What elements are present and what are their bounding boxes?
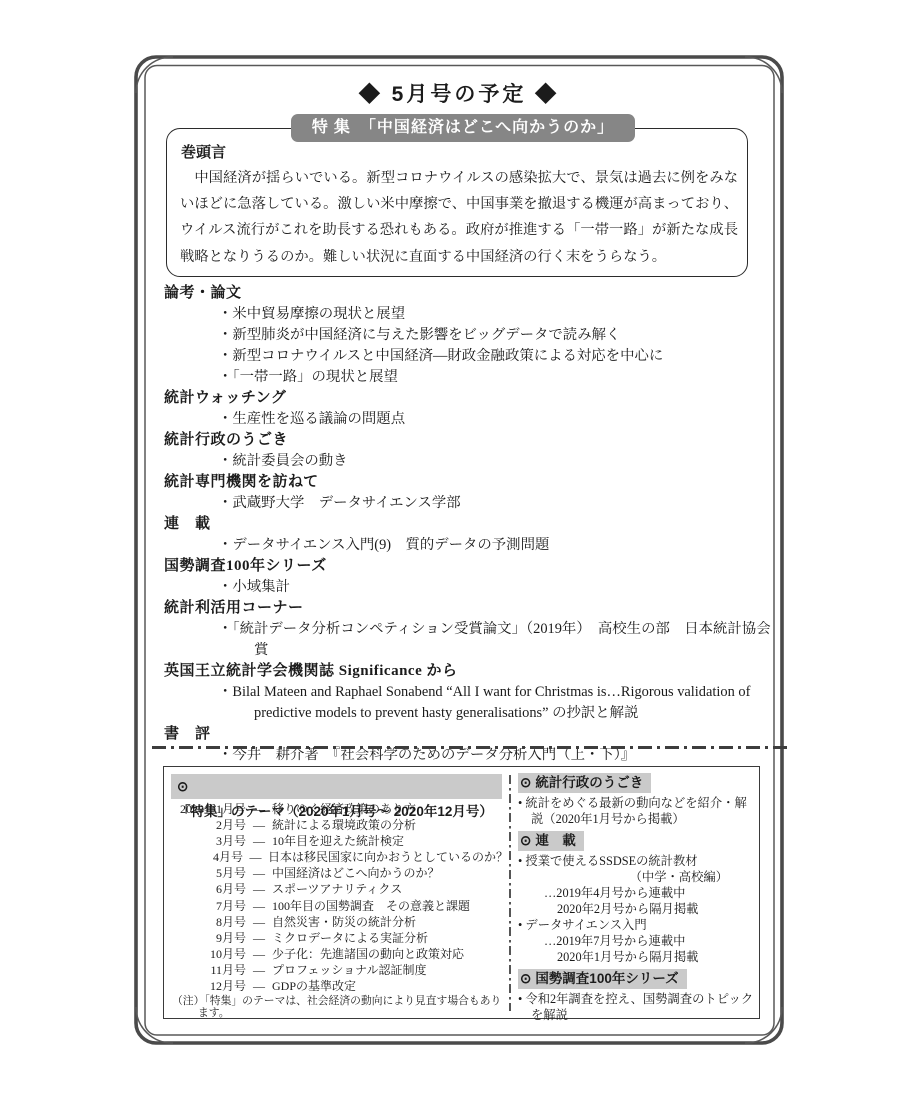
right-section: ⊙連 載• 授業で使えるSSDSEの統計教材（中学・高校編）…2019年4月号か… [518, 831, 756, 965]
schedule-month: 2020年1月号 [170, 801, 246, 817]
circled-dot-icon: ⊙ [520, 775, 531, 790]
schedule-title: 少子化：先進諸国の動向と政策対応 [272, 946, 508, 962]
column-divider [509, 775, 511, 1011]
circled-dot-icon: ⊙ [177, 779, 188, 794]
dash-separator: — [246, 817, 272, 833]
dash-separator: — [246, 930, 272, 946]
dash-separator: — [246, 946, 272, 962]
right-section-item: • 授業で使えるSSDSEの統計教材 [518, 853, 756, 869]
section-item: ・「統計データ分析コンペティション受賞論文」（2019年） 高校生の部 日本統計… [164, 619, 778, 661]
contents-list: 論考・論文・米中貿易摩擦の現状と展望・新型肺炎が中国経済に与えた影響をビッグデー… [164, 283, 778, 766]
section-item: ・データサイエンス入門(9) 質的データの予測問題 [164, 535, 778, 556]
right-section-subline: 2020年2月号から隔月掲載 [518, 901, 756, 917]
schedule-title: 中国経済はどこへ向かうのか？ [272, 865, 508, 881]
section-heading: 統計利活用コーナー [164, 598, 778, 619]
contents-section: 連 載・データサイエンス入門(9) 質的データの予測問題 [164, 514, 778, 556]
schedule-title: プロフェッショナル認証制度 [272, 962, 508, 978]
section-heading: 論考・論文 [164, 283, 778, 304]
schedule-title: 100年目の国勢調査 その意義と課題 [272, 898, 508, 914]
schedule-month: 6月号 [170, 881, 246, 897]
schedule-month: 10月号 [170, 946, 246, 962]
schedule-title: ミクロデータによる実証分析 [272, 930, 508, 946]
schedule-header: ⊙「特集」のテーマ（2020年1月号～ 2020年12月号） [171, 774, 502, 799]
schedule-row: 9月号—ミクロデータによる実証分析 [170, 930, 508, 946]
section-heading: 統計専門機関を訪ねて [164, 472, 778, 493]
dash-separator: — [246, 962, 272, 978]
dash-separator: — [246, 978, 272, 994]
schedule-title: 移りゆく経済政策のあり方 [272, 801, 508, 817]
dash-separator: — [246, 865, 272, 881]
schedule-rows: 2020年1月号—移りゆく経済政策のあり方2月号—統計による環境政策の分析3月号… [170, 801, 508, 994]
contents-section: 英国王立統計学会機関誌 Significance から・Bilal Mateen… [164, 661, 778, 724]
section-heading: 書 評 [164, 724, 778, 745]
page-title: ◆ 5月号の予定 ◆ [136, 78, 782, 108]
section-heading: 統計ウォッチング [164, 388, 778, 409]
right-section-subline: （中学・高校編） [518, 869, 756, 885]
right-section: ⊙統計行政のうごき• 統計をめぐる最新の動向などを紹介・解説（2020年1月号か… [518, 773, 756, 827]
schedule-title: 自然災害・防災の統計分析 [272, 914, 508, 930]
schedule-row: 6月号—スポーツアナリティクス [170, 881, 508, 897]
dash-separator: — [246, 881, 272, 897]
right-column: ⊙統計行政のうごき• 統計をめぐる最新の動向などを紹介・解説（2020年1月号か… [518, 773, 756, 1027]
schedule-title: スポーツアナリティクス [272, 881, 508, 897]
dash-dot-divider [152, 746, 788, 749]
bullet-icon: • [518, 918, 525, 932]
schedule-row: 7月号—100年目の国勢調査 その意義と課題 [170, 898, 508, 914]
schedule-row: 5月号—中国経済はどこへ向かうのか？ [170, 865, 508, 881]
dash-separator: — [246, 801, 272, 817]
section-item: ・小域集計 [164, 577, 778, 598]
section-item: ・統計委員会の動き [164, 451, 778, 472]
bullet-icon: • [518, 796, 525, 810]
right-section-header: ⊙国勢調査100年シリーズ [518, 969, 687, 989]
right-section-header-label: 国勢調査100年シリーズ [535, 971, 678, 986]
contents-section: 統計行政のうごき・統計委員会の動き [164, 430, 778, 472]
right-section-item: • データサイエンス入門 [518, 917, 756, 933]
right-section-header-label: 統計行政のうごき [535, 775, 643, 790]
contents-section: 統計ウォッチング・生産性を巡る議論の問題点 [164, 388, 778, 430]
foreword-heading: 巻頭言 [181, 141, 226, 162]
section-item: ・Bilal Mateen and Raphael Sonabend “All … [164, 682, 778, 724]
schedule-row: 12月号—GDPの基準改定 [170, 978, 508, 994]
schedule-title: 統計による環境政策の分析 [272, 817, 508, 833]
foreword-box: 巻頭言 中国経済が揺らいでいる。新型コロナウイルスの感染拡大で、景気は過去に例を… [166, 128, 748, 277]
section-item: ・米中貿易摩擦の現状と展望 [164, 304, 778, 325]
right-section-subline: 2020年1月号から隔月掲載 [518, 949, 756, 965]
right-section-subline: …2019年4月号から連載中 [518, 885, 756, 901]
schedule-month: 5月号 [170, 865, 246, 881]
contents-section: 国勢調査100年シリーズ・小域集計 [164, 556, 778, 598]
magazine-preview-page: { "page": { "title": "◆ 5月号の予定 ◆", "feat… [0, 0, 920, 1104]
schedule-month: 4月号 [170, 849, 243, 865]
schedule-row: 3月号—10年目を迎えた統計検定 [170, 833, 508, 849]
schedule-note: （注）「特集」のテーマは、社会経済の動向により見直す場合もあります。 [172, 995, 504, 1020]
foreword-body: 中国経済が揺らいでいる。新型コロナウイルスの感染拡大で、景気は過去に例をみないほ… [180, 165, 738, 270]
right-section-subline: …2019年7月号から連載中 [518, 933, 756, 949]
schedule-month: 2月号 [170, 817, 246, 833]
right-section: ⊙国勢調査100年シリーズ• 令和2年調査を控え、国勢調査のトピックを解説 [518, 969, 756, 1023]
dash-separator: — [243, 849, 268, 865]
schedule-row: 8月号—自然災害・防災の統計分析 [170, 914, 508, 930]
right-section-header-label: 連 載 [535, 833, 576, 848]
schedule-month: 11月号 [170, 962, 246, 978]
section-item: ・生産性を巡る議論の問題点 [164, 409, 778, 430]
dash-separator: — [246, 833, 272, 849]
schedule-row: 11月号—プロフェッショナル認証制度 [170, 962, 508, 978]
schedule-row: 2月号—統計による環境政策の分析 [170, 817, 508, 833]
section-heading: 統計行政のうごき [164, 430, 778, 451]
bullet-icon: • [518, 854, 525, 868]
schedule-row: 2020年1月号—移りゆく経済政策のあり方 [170, 801, 508, 817]
schedule-title: 日本は移民国家に向かおうとしているのか？ [268, 849, 508, 865]
schedule-month: 12月号 [170, 978, 246, 994]
dash-separator: — [246, 914, 272, 930]
bullet-icon: • [518, 992, 525, 1006]
schedule-month: 9月号 [170, 930, 246, 946]
circled-dot-icon: ⊙ [520, 971, 531, 986]
section-heading: 国勢調査100年シリーズ [164, 556, 778, 577]
schedule-month: 8月号 [170, 914, 246, 930]
dash-separator: — [246, 898, 272, 914]
schedule-month: 7月号 [170, 898, 246, 914]
schedule-box: ⊙「特集」のテーマ（2020年1月号～ 2020年12月号） 2020年1月号—… [163, 766, 760, 1019]
section-item: ・「一帯一路」の現状と展望 [164, 367, 778, 388]
feature-banner: 特 集 「中国経済はどこへ向かうのか」 [291, 114, 635, 142]
section-heading: 連 載 [164, 514, 778, 535]
schedule-title: GDPの基準改定 [272, 978, 508, 994]
right-section-item: • 統計をめぐる最新の動向などを紹介・解説（2020年1月号から掲載） [518, 795, 756, 827]
section-item: ・新型コロナウイルスと中国経済―財政金融政策による対応を中心に [164, 346, 778, 367]
section-item: ・武蔵野大学 データサイエンス学部 [164, 493, 778, 514]
contents-section: 統計利活用コーナー・「統計データ分析コンペティション受賞論文」（2019年） 高… [164, 598, 778, 661]
contents-section: 書 評・今井 耕介著 『社会科学のためのデータ分析入門（上・下）』 [164, 724, 778, 766]
right-section-header: ⊙統計行政のうごき [518, 773, 651, 793]
circled-dot-icon: ⊙ [520, 833, 531, 848]
schedule-row: 10月号—少子化：先進諸国の動向と政策対応 [170, 946, 508, 962]
section-item: ・新型肺炎が中国経済に与えた影響をビッグデータで読み解く [164, 325, 778, 346]
section-heading: 英国王立統計学会機関誌 Significance から [164, 661, 778, 682]
contents-section: 統計専門機関を訪ねて・武蔵野大学 データサイエンス学部 [164, 472, 778, 514]
right-section-header: ⊙連 載 [518, 831, 584, 851]
schedule-title: 10年目を迎えた統計検定 [272, 833, 508, 849]
right-section-item: • 令和2年調査を控え、国勢調査のトピックを解説 [518, 991, 756, 1023]
contents-section: 論考・論文・米中貿易摩擦の現状と展望・新型肺炎が中国経済に与えた影響をビッグデー… [164, 283, 778, 388]
schedule-row: 4月号—日本は移民国家に向かおうとしているのか？ [170, 849, 508, 865]
schedule-month: 3月号 [170, 833, 246, 849]
